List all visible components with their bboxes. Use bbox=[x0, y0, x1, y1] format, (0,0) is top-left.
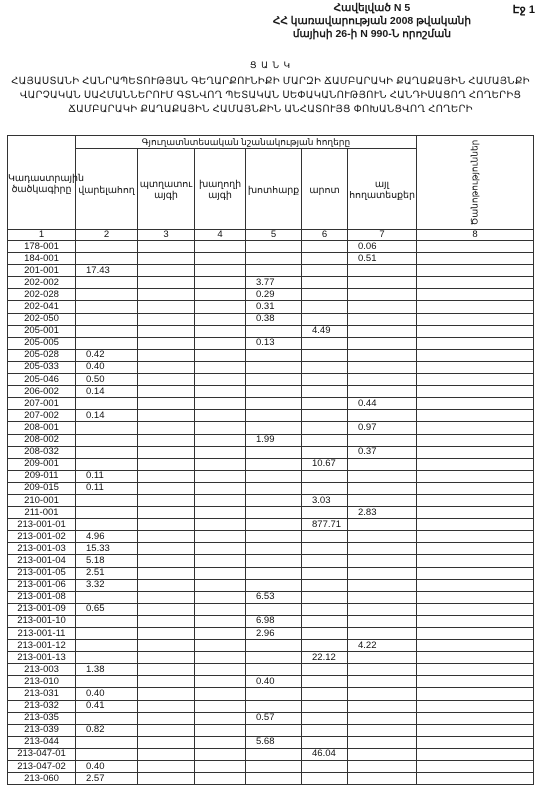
cadastral-code-cell: 213-001-08 bbox=[8, 591, 76, 603]
cadastral-code-cell: 213-001-05 bbox=[8, 567, 76, 579]
area-cell bbox=[302, 337, 348, 349]
area-cell bbox=[246, 386, 302, 398]
area-cell bbox=[348, 603, 417, 615]
area-cell: 4.96 bbox=[76, 531, 138, 543]
appendix-header: Հավելված N 5 ՀՀ կառավարության 2008 թվակա… bbox=[273, 2, 471, 41]
area-cell bbox=[138, 579, 195, 591]
table-row: 207-0010.44 bbox=[8, 398, 534, 410]
area-cell bbox=[302, 615, 348, 627]
table-row: 202-0500.38 bbox=[8, 313, 534, 325]
area-cell bbox=[302, 241, 348, 253]
table-row: 184-0010.51 bbox=[8, 253, 534, 265]
document-heading: ՀԱՅԱՍՏԱՆԻ ՀԱՆՐԱՊԵՏՈՒԹՅԱՆ ԳԵՂԱՐՔՈՒՆԻՔԻ ՄԱ… bbox=[0, 75, 541, 117]
cadastral-code-cell: 211-001 bbox=[8, 507, 76, 519]
area-cell bbox=[302, 410, 348, 422]
area-cell bbox=[348, 349, 417, 361]
area-cell bbox=[76, 640, 138, 652]
area-cell bbox=[138, 494, 195, 506]
area-cell: 2.57 bbox=[76, 773, 138, 785]
area-cell bbox=[138, 531, 195, 543]
heading-line-3: ՃԱՄԲԱՐԱԿԻ ՔԱՂԱՔԱՅԻՆ ՀԱՄԱՅՆՔԻՆ ԱՆՀԱՏՈՒՅՑ … bbox=[0, 103, 541, 117]
table-row: 213-047-0146.04 bbox=[8, 748, 534, 760]
cadastral-code-cell: 205-001 bbox=[8, 325, 76, 337]
area-cell bbox=[195, 531, 246, 543]
area-cell bbox=[302, 482, 348, 494]
table-row: 208-0010.97 bbox=[8, 422, 534, 434]
area-cell bbox=[195, 482, 246, 494]
area-cell bbox=[417, 555, 534, 567]
area-cell bbox=[348, 567, 417, 579]
area-cell bbox=[348, 664, 417, 676]
cadastral-code-cell: 201-001 bbox=[8, 265, 76, 277]
area-cell bbox=[302, 761, 348, 773]
area-cell: 1.38 bbox=[76, 664, 138, 676]
area-cell bbox=[246, 724, 302, 736]
area-cell bbox=[302, 676, 348, 688]
area-cell bbox=[417, 736, 534, 748]
area-cell bbox=[246, 555, 302, 567]
table-row: 213-001-01877.71 bbox=[8, 519, 534, 531]
area-cell bbox=[246, 349, 302, 361]
cadastral-code-cell: 213-031 bbox=[8, 688, 76, 700]
area-cell bbox=[348, 579, 417, 591]
area-cell: 0.38 bbox=[246, 313, 302, 325]
cadastral-code-cell: 208-001 bbox=[8, 422, 76, 434]
cadastral-code-cell: 213-032 bbox=[8, 700, 76, 712]
area-cell bbox=[195, 301, 246, 313]
area-cell bbox=[138, 337, 195, 349]
area-cell bbox=[417, 410, 534, 422]
area-cell bbox=[417, 470, 534, 482]
table-row: 213-001-124.22 bbox=[8, 640, 534, 652]
area-cell bbox=[417, 579, 534, 591]
table-row: 207-0020.14 bbox=[8, 410, 534, 422]
area-cell bbox=[348, 301, 417, 313]
area-cell bbox=[302, 265, 348, 277]
area-cell: 0.40 bbox=[76, 361, 138, 373]
area-cell bbox=[417, 567, 534, 579]
area-cell bbox=[138, 724, 195, 736]
area-cell bbox=[195, 736, 246, 748]
area-cell bbox=[246, 325, 302, 337]
area-cell bbox=[76, 313, 138, 325]
area-cell: 0.37 bbox=[348, 446, 417, 458]
area-cell: 0.40 bbox=[246, 676, 302, 688]
area-cell bbox=[302, 446, 348, 458]
area-cell: 0.82 bbox=[76, 724, 138, 736]
table-row: 205-0050.13 bbox=[8, 337, 534, 349]
area-cell: 2.96 bbox=[246, 628, 302, 640]
area-cell bbox=[302, 628, 348, 640]
area-cell bbox=[138, 410, 195, 422]
area-cell bbox=[76, 301, 138, 313]
area-cell bbox=[246, 446, 302, 458]
area-cell bbox=[302, 313, 348, 325]
cadastral-code-cell: 213-001-03 bbox=[8, 543, 76, 555]
area-cell bbox=[195, 325, 246, 337]
area-cell bbox=[417, 265, 534, 277]
area-cell bbox=[417, 386, 534, 398]
area-cell bbox=[348, 458, 417, 470]
table-row: 213-001-045.18 bbox=[8, 555, 534, 567]
area-cell bbox=[417, 361, 534, 373]
area-cell bbox=[348, 289, 417, 301]
area-cell bbox=[302, 434, 348, 446]
cadastral-code-cell: 208-032 bbox=[8, 446, 76, 458]
table-row: 213-001-112.96 bbox=[8, 628, 534, 640]
notes-label: Ծանոթություններ bbox=[469, 140, 480, 226]
area-cell: 17.43 bbox=[76, 265, 138, 277]
area-cell bbox=[195, 579, 246, 591]
header-pasture: արոտ bbox=[302, 149, 348, 230]
area-cell bbox=[417, 337, 534, 349]
area-cell bbox=[417, 615, 534, 627]
area-cell bbox=[138, 446, 195, 458]
area-cell bbox=[195, 543, 246, 555]
area-cell: 1.99 bbox=[246, 434, 302, 446]
area-cell bbox=[195, 386, 246, 398]
area-cell bbox=[348, 531, 417, 543]
table-row: 213-001-052.51 bbox=[8, 567, 534, 579]
area-cell: 22.12 bbox=[302, 652, 348, 664]
area-cell bbox=[302, 349, 348, 361]
area-cell bbox=[246, 603, 302, 615]
area-cell bbox=[302, 374, 348, 386]
area-cell bbox=[348, 265, 417, 277]
area-cell bbox=[348, 748, 417, 760]
area-cell bbox=[246, 640, 302, 652]
area-cell bbox=[302, 253, 348, 265]
area-cell bbox=[348, 519, 417, 531]
area-cell bbox=[76, 434, 138, 446]
table-row: 209-0110.11 bbox=[8, 470, 534, 482]
area-cell bbox=[138, 567, 195, 579]
area-cell bbox=[417, 325, 534, 337]
table-row: 208-0320.37 bbox=[8, 446, 534, 458]
area-cell bbox=[348, 628, 417, 640]
area-cell bbox=[348, 361, 417, 373]
area-cell bbox=[138, 422, 195, 434]
area-cell bbox=[138, 712, 195, 724]
area-cell bbox=[417, 277, 534, 289]
document-title: Ց Ա Ն Կ bbox=[0, 60, 541, 71]
area-cell bbox=[195, 398, 246, 410]
area-cell bbox=[138, 700, 195, 712]
table-row: 213-0602.57 bbox=[8, 773, 534, 785]
cadastral-code-cell: 184-001 bbox=[8, 253, 76, 265]
area-cell bbox=[138, 603, 195, 615]
table-row: 213-001-0315.33 bbox=[8, 543, 534, 555]
table-row: 213-0310.40 bbox=[8, 688, 534, 700]
area-cell: 0.40 bbox=[76, 688, 138, 700]
area-cell bbox=[76, 615, 138, 627]
cadastral-code-cell: 209-015 bbox=[8, 482, 76, 494]
area-cell bbox=[417, 652, 534, 664]
area-cell bbox=[417, 398, 534, 410]
area-cell bbox=[195, 361, 246, 373]
table-row: 213-0031.38 bbox=[8, 664, 534, 676]
area-cell bbox=[195, 664, 246, 676]
header-notes: Ծանոթություններ bbox=[417, 136, 534, 230]
area-cell bbox=[417, 434, 534, 446]
area-cell bbox=[348, 325, 417, 337]
area-cell bbox=[302, 361, 348, 373]
area-cell bbox=[302, 736, 348, 748]
col-num: 6 bbox=[302, 230, 348, 241]
table-row: 213-0445.68 bbox=[8, 736, 534, 748]
table-row: 213-0350.57 bbox=[8, 712, 534, 724]
area-cell bbox=[302, 277, 348, 289]
area-cell bbox=[138, 349, 195, 361]
area-cell bbox=[246, 470, 302, 482]
area-cell bbox=[195, 446, 246, 458]
cadastral-code-cell: 178-001 bbox=[8, 241, 76, 253]
area-cell bbox=[76, 241, 138, 253]
area-cell bbox=[138, 482, 195, 494]
area-cell bbox=[246, 519, 302, 531]
area-cell: 0.97 bbox=[348, 422, 417, 434]
area-cell: 0.50 bbox=[76, 374, 138, 386]
area-cell bbox=[138, 386, 195, 398]
header-agricultural-land: Գյուղատնտեսական նշանակության հողերը bbox=[76, 136, 417, 149]
area-cell bbox=[417, 628, 534, 640]
area-cell: 2.83 bbox=[348, 507, 417, 519]
area-cell bbox=[195, 253, 246, 265]
area-cell bbox=[302, 773, 348, 785]
area-cell bbox=[417, 446, 534, 458]
header-arable: վարելահող bbox=[76, 149, 138, 230]
cadastral-code-cell: 205-046 bbox=[8, 374, 76, 386]
table-row: 202-0280.29 bbox=[8, 289, 534, 301]
area-cell bbox=[348, 543, 417, 555]
area-cell bbox=[348, 591, 417, 603]
area-cell bbox=[76, 652, 138, 664]
area-cell: 0.65 bbox=[76, 603, 138, 615]
area-cell bbox=[246, 688, 302, 700]
cadastral-code-cell: 205-005 bbox=[8, 337, 76, 349]
area-cell bbox=[246, 398, 302, 410]
area-cell bbox=[246, 361, 302, 373]
area-cell bbox=[138, 640, 195, 652]
cadastral-code-cell: 213-035 bbox=[8, 712, 76, 724]
area-cell bbox=[348, 712, 417, 724]
area-cell bbox=[246, 241, 302, 253]
area-cell bbox=[417, 482, 534, 494]
cadastral-code-cell: 205-028 bbox=[8, 349, 76, 361]
area-cell bbox=[302, 712, 348, 724]
area-cell bbox=[195, 241, 246, 253]
area-cell: 0.14 bbox=[76, 386, 138, 398]
area-cell bbox=[417, 664, 534, 676]
table-row: 209-00110.67 bbox=[8, 458, 534, 470]
area-cell bbox=[417, 507, 534, 519]
area-cell bbox=[195, 507, 246, 519]
cadastral-code-cell: 202-041 bbox=[8, 301, 76, 313]
decree-date-line: մայիսի 26-ի N 990-Ն որոշման bbox=[273, 28, 471, 41]
area-cell bbox=[76, 289, 138, 301]
table-row: 213-001-063.32 bbox=[8, 579, 534, 591]
area-cell bbox=[417, 422, 534, 434]
col-num: 3 bbox=[138, 230, 195, 241]
area-cell bbox=[138, 676, 195, 688]
area-cell: 0.40 bbox=[76, 761, 138, 773]
area-cell bbox=[302, 301, 348, 313]
cadastral-code-cell: 202-002 bbox=[8, 277, 76, 289]
area-cell: 0.13 bbox=[246, 337, 302, 349]
area-cell bbox=[195, 640, 246, 652]
area-cell bbox=[417, 531, 534, 543]
area-cell bbox=[246, 422, 302, 434]
area-cell: 3.32 bbox=[76, 579, 138, 591]
area-cell bbox=[302, 398, 348, 410]
area-cell bbox=[348, 374, 417, 386]
area-cell bbox=[348, 724, 417, 736]
area-cell bbox=[246, 494, 302, 506]
cadastral-code-cell: 213-001-12 bbox=[8, 640, 76, 652]
area-cell bbox=[138, 265, 195, 277]
area-cell bbox=[195, 712, 246, 724]
area-cell: 10.67 bbox=[302, 458, 348, 470]
area-cell bbox=[138, 434, 195, 446]
area-cell bbox=[246, 700, 302, 712]
area-cell bbox=[348, 313, 417, 325]
area-cell bbox=[138, 241, 195, 253]
table-row: 213-047-020.40 bbox=[8, 761, 534, 773]
cadastral-code-cell: 213-047-02 bbox=[8, 761, 76, 773]
table-row: 210-0013.03 bbox=[8, 494, 534, 506]
area-cell bbox=[348, 470, 417, 482]
cadastral-code-cell: 213-001-09 bbox=[8, 603, 76, 615]
area-cell bbox=[138, 374, 195, 386]
area-cell bbox=[246, 761, 302, 773]
area-cell bbox=[195, 374, 246, 386]
area-cell bbox=[246, 507, 302, 519]
table-row: 213-0320.41 bbox=[8, 700, 534, 712]
cadastral-code-cell: 213-003 bbox=[8, 664, 76, 676]
area-cell bbox=[246, 265, 302, 277]
cadastral-code-cell: 213-039 bbox=[8, 724, 76, 736]
area-cell bbox=[348, 337, 417, 349]
area-cell bbox=[246, 567, 302, 579]
col-num: 2 bbox=[76, 230, 138, 241]
area-cell bbox=[195, 470, 246, 482]
table-row: 213-0390.82 bbox=[8, 724, 534, 736]
area-cell: 0.06 bbox=[348, 241, 417, 253]
table-row: 208-0021.99 bbox=[8, 434, 534, 446]
area-cell bbox=[348, 652, 417, 664]
area-cell bbox=[76, 337, 138, 349]
area-cell bbox=[348, 688, 417, 700]
area-cell bbox=[195, 567, 246, 579]
area-cell bbox=[302, 603, 348, 615]
area-cell: 46.04 bbox=[302, 748, 348, 760]
area-cell bbox=[302, 591, 348, 603]
area-cell bbox=[138, 458, 195, 470]
area-cell bbox=[138, 253, 195, 265]
area-cell bbox=[417, 543, 534, 555]
cadastral-code-cell: 209-001 bbox=[8, 458, 76, 470]
area-cell bbox=[302, 386, 348, 398]
col-num: 5 bbox=[246, 230, 302, 241]
area-cell bbox=[302, 700, 348, 712]
col-num: 4 bbox=[195, 230, 246, 241]
area-cell bbox=[76, 712, 138, 724]
area-cell bbox=[76, 253, 138, 265]
cadastral-code-cell: 205-033 bbox=[8, 361, 76, 373]
cadastral-code-cell: 210-001 bbox=[8, 494, 76, 506]
heading-line-1: ՀԱՅԱՍՏԱՆԻ ՀԱՆՐԱՊԵՏՈՒԹՅԱՆ ԳԵՂԱՐՔՈՒՆԻՔԻ ՄԱ… bbox=[0, 75, 541, 89]
area-cell bbox=[302, 507, 348, 519]
area-cell bbox=[138, 761, 195, 773]
area-cell bbox=[348, 434, 417, 446]
col-num: 8 bbox=[417, 230, 534, 241]
area-cell bbox=[348, 615, 417, 627]
table-row: 205-0014.49 bbox=[8, 325, 534, 337]
area-cell bbox=[302, 422, 348, 434]
table-row: 202-0410.31 bbox=[8, 301, 534, 313]
area-cell bbox=[195, 628, 246, 640]
area-cell bbox=[76, 494, 138, 506]
column-number-row: 1 2 3 4 5 6 7 8 bbox=[8, 230, 534, 241]
area-cell bbox=[302, 640, 348, 652]
area-cell bbox=[195, 615, 246, 627]
area-cell: 0.44 bbox=[348, 398, 417, 410]
area-cell bbox=[417, 640, 534, 652]
area-cell bbox=[348, 386, 417, 398]
area-cell bbox=[138, 277, 195, 289]
area-cell bbox=[195, 761, 246, 773]
area-cell bbox=[138, 688, 195, 700]
table-row: 213-001-1322.12 bbox=[8, 652, 534, 664]
area-cell bbox=[138, 591, 195, 603]
area-cell bbox=[138, 615, 195, 627]
cadastral-code-cell: 213-001-04 bbox=[8, 555, 76, 567]
page-number: Էջ 1 bbox=[513, 3, 535, 16]
area-cell bbox=[246, 543, 302, 555]
area-cell bbox=[138, 773, 195, 785]
area-cell: 0.31 bbox=[246, 301, 302, 313]
area-cell bbox=[348, 277, 417, 289]
table-row: 209-0150.11 bbox=[8, 482, 534, 494]
area-cell bbox=[76, 591, 138, 603]
area-cell bbox=[195, 700, 246, 712]
area-cell bbox=[417, 494, 534, 506]
area-cell: 0.41 bbox=[76, 700, 138, 712]
area-cell: 5.18 bbox=[76, 555, 138, 567]
area-cell bbox=[417, 241, 534, 253]
cadastral-code-cell: 208-002 bbox=[8, 434, 76, 446]
area-cell bbox=[195, 277, 246, 289]
area-cell: 15.33 bbox=[76, 543, 138, 555]
table-row: 213-001-106.98 bbox=[8, 615, 534, 627]
cadastral-code-cell: 213-001-13 bbox=[8, 652, 76, 664]
area-cell bbox=[417, 712, 534, 724]
area-cell bbox=[138, 325, 195, 337]
area-cell bbox=[417, 301, 534, 313]
area-cell: 0.42 bbox=[76, 349, 138, 361]
area-cell bbox=[138, 519, 195, 531]
area-cell bbox=[138, 301, 195, 313]
area-cell bbox=[76, 446, 138, 458]
area-cell bbox=[302, 555, 348, 567]
header-vineyard: խաղողի այգի bbox=[195, 149, 246, 230]
area-cell bbox=[195, 458, 246, 470]
area-cell bbox=[76, 736, 138, 748]
header-other-land: այլ հողատեսքեր bbox=[348, 149, 417, 230]
area-cell bbox=[195, 265, 246, 277]
area-cell bbox=[246, 482, 302, 494]
header-orchard: պտղատու այգի bbox=[138, 149, 195, 230]
